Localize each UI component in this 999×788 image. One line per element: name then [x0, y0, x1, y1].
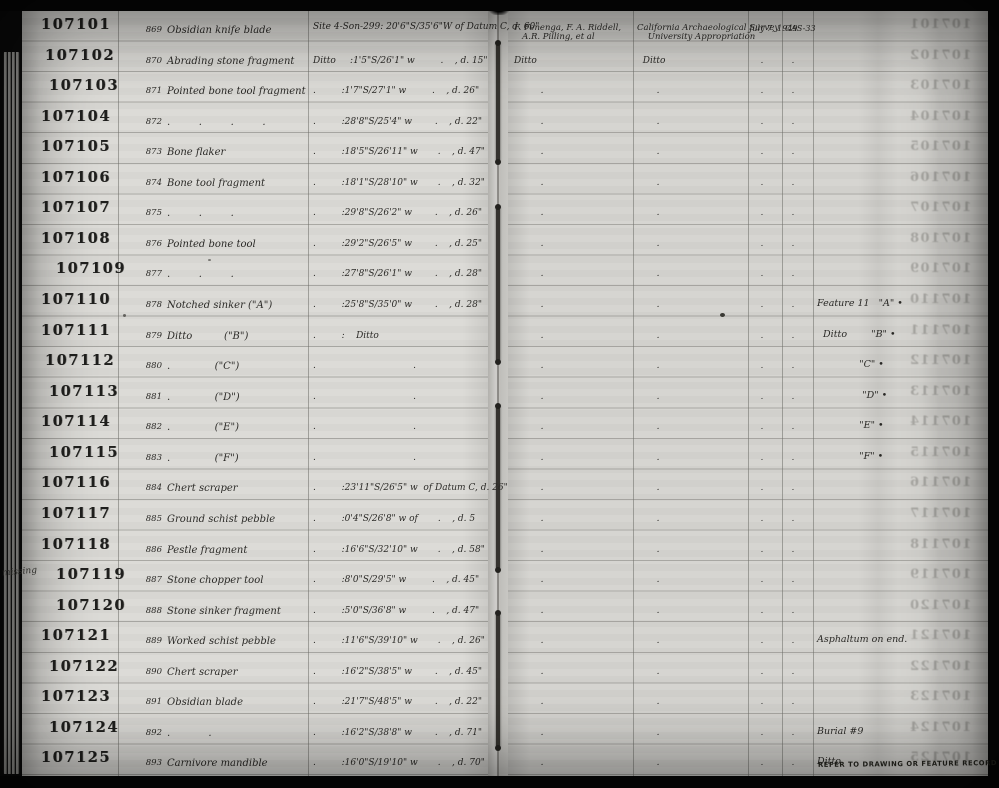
locality-entry: . :29'8"S/26'2" w . , d. 26": [313, 209, 482, 219]
ledger-row: 107106 874 Bone tool fragment . :18'1"S/…: [0, 164, 999, 195]
object-description: Notched sinker ("A"): [167, 300, 272, 311]
accession-entry: .: [637, 240, 679, 250]
ledger-row: 107112 880 . ("C") . . . . . . "C" • 107…: [0, 347, 999, 378]
ledger-row: 107108 876 Pointed bone tool . :29'2"S/2…: [0, 225, 999, 256]
survey-number-entry: .: [785, 240, 801, 249]
object-description: Pestle fragment: [167, 545, 247, 556]
ledger-row: 107124 892 . . . :16'2"S/38'8" w . , d. …: [0, 714, 999, 745]
collector-entry: .: [514, 393, 570, 403]
collector-entry: .: [514, 729, 570, 739]
object-description: Chert scraper: [167, 483, 238, 494]
mirrored-catalog-number-ghost: 107117: [896, 506, 984, 521]
date-entry: .: [749, 301, 775, 310]
ledger-row: 107122 890 Chert scraper . :16'2"S/38'5"…: [0, 653, 999, 684]
ledger-row: 107114 882 . ("E") . . . . . . "E" • 107…: [0, 408, 999, 439]
object-description: Chert scraper: [167, 667, 238, 678]
mirrored-catalog-number-ghost: 107104: [896, 109, 984, 124]
mirrored-catalog-number-ghost: 107105: [896, 139, 984, 154]
item-number: 869: [134, 26, 162, 35]
collector-entry: .: [514, 698, 570, 708]
locality-entry: . : Ditto: [313, 332, 379, 342]
item-number: 877: [134, 270, 162, 279]
object-description: . ("D"): [167, 392, 240, 403]
locality-entry: . :21'7"S/48'5" w . , d. 22": [313, 698, 482, 708]
ledger-row: 107104 872 . . . . . :28'8"S/25'4" w . ,…: [0, 103, 999, 134]
locality-entry: . :23'11"S/26'5" w of Datum C, d. 26": [313, 484, 508, 494]
accession-entry: .: [637, 637, 679, 647]
accession-entry: .: [637, 118, 679, 128]
accession-entry: .: [637, 209, 679, 219]
catalog-number-stamp: 107125: [30, 749, 122, 766]
object-description: . .: [167, 728, 212, 739]
date-entry: .: [749, 148, 775, 157]
survey-number-entry: .: [785, 546, 801, 555]
date-entry: .: [749, 240, 775, 249]
date-entry: July 7, 1949: [749, 25, 783, 34]
survey-number-entry: .: [785, 637, 801, 646]
accession-entry: .: [637, 423, 679, 433]
accession-entry: .: [637, 576, 679, 586]
catalog-number-stamp: 107108: [30, 230, 122, 247]
date-entry: .: [749, 576, 775, 585]
collector-entry: .: [514, 637, 570, 647]
mirrored-catalog-number-ghost: 107113: [896, 384, 984, 399]
locality-entry: . :28'8"S/25'4" w . , d. 22": [313, 118, 482, 128]
date-entry: .: [749, 270, 775, 279]
date-entry: .: [749, 209, 775, 218]
remarks-entry: Asphaltum on end.: [817, 635, 907, 645]
date-entry: .: [749, 698, 775, 707]
collector-entry: .: [514, 668, 570, 678]
object-description: . . .: [167, 269, 234, 280]
collector-entry: .: [514, 87, 570, 97]
mirrored-catalog-number-ghost: 107103: [896, 78, 984, 93]
collector-entry: .: [514, 423, 570, 433]
date-entry: .: [749, 759, 775, 768]
remarks-entry: "E" •: [817, 421, 884, 431]
date-entry: .: [749, 332, 775, 341]
ledger-row: 107123 891 Obsidian blade . :21'7"S/48'5…: [0, 683, 999, 714]
catalog-number-stamp: 107105: [30, 138, 122, 155]
catalog-number-stamp: 107111: [30, 322, 122, 339]
mirrored-catalog-number-ghost: 107124: [896, 720, 984, 735]
item-number: 888: [134, 607, 162, 616]
locality-entry: . :18'5"S/26'11" w . , d. 47": [313, 148, 485, 158]
remarks-entry: Ditto "B" •: [817, 330, 896, 340]
object-description: Pointed bone tool fragment: [167, 86, 306, 97]
ink-speck: [208, 259, 211, 261]
catalog-number-stamp: 107103: [38, 77, 130, 94]
accession-entry: .: [637, 484, 679, 494]
date-entry: .: [749, 57, 775, 66]
mirrored-catalog-number-ghost: 107122: [896, 659, 984, 674]
object-description: Ground schist pebble: [167, 514, 275, 525]
ledger-row: 107102 870 Abrading stone fragment Ditto…: [0, 42, 999, 73]
object-description: . ("C"): [167, 361, 239, 372]
survey-number-entry: .: [785, 301, 801, 310]
catalog-number-stamp: 107110: [30, 291, 122, 308]
object-description: Worked schist pebble: [167, 636, 276, 647]
object-description: . ("E"): [167, 422, 239, 433]
ledger-row: 107103 871 Pointed bone tool fragment . …: [0, 72, 999, 103]
remarks-entry: Burial #9: [817, 727, 863, 737]
survey-number-entry: .: [785, 698, 801, 707]
date-entry: .: [749, 484, 775, 493]
ledger-row: 107113 881 . ("D") . . . . . . "D" • 107…: [0, 378, 999, 409]
object-description: Obsidian knife blade: [167, 25, 272, 36]
collector-entry: .: [514, 546, 570, 556]
item-number: 879: [134, 332, 162, 341]
locality-entry: . :27'8"S/26'1" w . , d. 28": [313, 270, 482, 280]
item-number: 873: [134, 148, 162, 157]
remarks-entry: Feature 11 "A" •: [817, 299, 903, 309]
date-entry: .: [749, 729, 775, 738]
item-number: 874: [134, 179, 162, 188]
locality-entry: . :8'0"S/29'5" w . , d. 45": [313, 576, 479, 586]
mirrored-catalog-number-ghost: 107101: [896, 17, 984, 32]
locality-entry: . :16'2"S/38'8" w . , d. 71": [313, 729, 482, 739]
ledger-row: 107115 883 . ("F") . . . . . . "F" • 107…: [0, 439, 999, 470]
date-entry: .: [749, 118, 775, 127]
mirrored-catalog-number-ghost: 107102: [896, 48, 984, 63]
remarks-entry: "F" •: [817, 452, 883, 462]
accession-entry: .: [637, 454, 679, 464]
collector-entry: .: [514, 576, 570, 586]
collector-entry: .: [514, 454, 570, 464]
survey-number-entry: .: [785, 393, 801, 402]
locality-entry: . .: [313, 454, 416, 464]
locality-entry: . :0'4"S/26'8" w of . , d. 5: [313, 515, 475, 525]
locality-entry: . :16'2"S/38'5" w . , d. 45": [313, 668, 482, 678]
survey-number-entry: .: [785, 118, 801, 127]
date-entry: .: [749, 668, 775, 677]
accession-entry: .: [637, 148, 679, 158]
mirrored-catalog-number-ghost: 107110: [896, 292, 984, 307]
survey-number-entry: .: [785, 209, 801, 218]
date-entry: .: [749, 515, 775, 524]
ink-speck: [720, 313, 725, 317]
ledger-row: 107101 869 Obsidian knife blade Site 4-S…: [0, 11, 999, 42]
catalog-number-stamp: 107107: [30, 199, 122, 216]
survey-number-entry: .: [785, 332, 801, 341]
mirrored-catalog-number-ghost: 107107: [896, 200, 984, 215]
locality-entry: . :29'2"S/26'5" w . , d. 25": [313, 240, 482, 250]
item-number: 885: [134, 515, 162, 524]
object-description: . . .: [167, 208, 234, 219]
locality-entry: . :16'6"S/32'10" w . , d. 58": [313, 546, 485, 556]
accession-entry: .: [637, 668, 679, 678]
catalog-number-stamp: 107116: [30, 474, 122, 491]
catalog-number-stamp: 107104: [30, 108, 122, 125]
accession-entry: .: [637, 729, 679, 739]
survey-number-entry: .: [785, 759, 801, 768]
mirrored-catalog-number-ghost: 107114: [896, 414, 984, 429]
locality-entry: . :18'1"S/28'10" w . , d. 32": [313, 179, 485, 189]
object-description: Stone sinker fragment: [167, 606, 281, 617]
locality-entry: . :16'0"S/19'10" w . , d. 70": [313, 759, 485, 769]
item-number: 889: [134, 637, 162, 646]
ledger-row: 107120 888 Stone sinker fragment . :5'0"…: [0, 592, 999, 623]
accession-entry: .: [637, 546, 679, 556]
mirrored-catalog-number-ghost: 107106: [896, 170, 984, 185]
accession-entry: .: [637, 301, 679, 311]
ledger-row: 107118 886 Pestle fragment . :16'6"S/32'…: [0, 531, 999, 562]
locality-entry: . :11'6"S/39'10" w . , d. 26": [313, 637, 485, 647]
survey-number-entry: .: [785, 362, 801, 371]
item-number: 892: [134, 729, 162, 738]
collector-entry: .: [514, 515, 570, 525]
object-description: Abrading stone fragment: [167, 56, 294, 67]
catalog-number-stamp: 107112: [34, 352, 126, 369]
survey-number-entry: .: [785, 57, 801, 66]
object-description: Bone tool fragment: [167, 178, 265, 189]
survey-number-entry: .: [785, 729, 801, 738]
ledger-row: 107107 875 . . . . :29'8"S/26'2" w . , d…: [0, 194, 999, 225]
accession-entry: .: [637, 270, 679, 280]
catalog-number-stamp: 107118: [30, 536, 122, 553]
ledger-row: 107111 879 Ditto ("B") . : Ditto . . . .…: [0, 317, 999, 348]
item-number: 891: [134, 698, 162, 707]
item-number: 880: [134, 362, 162, 371]
ledger-row: 107119 887 Stone chopper tool . :8'0"S/2…: [0, 561, 999, 592]
object-description: . . . .: [167, 117, 266, 128]
survey-number-entry: .: [785, 515, 801, 524]
item-number: 893: [134, 759, 162, 768]
ledger-row: 107117 885 Ground schist pebble . :0'4"S…: [0, 500, 999, 531]
remarks-entry: "D" •: [817, 391, 887, 401]
survey-number-entry: .: [785, 148, 801, 157]
catalog-number-stamp: 107124: [38, 719, 130, 736]
accession-entry: .: [637, 332, 679, 342]
survey-number-entry: .: [785, 270, 801, 279]
survey-number-entry: .: [785, 179, 801, 188]
catalog-number-stamp: 107119: [45, 566, 137, 583]
survey-number-entry: .: [785, 454, 801, 463]
item-number: 887: [134, 576, 162, 585]
collector-entry: F. Fenenga, F. A. Riddell, A.R. Pilling,…: [514, 24, 634, 43]
locality-entry: . :1'7"S/27'1" w . , d. 26": [313, 87, 479, 97]
collector-entry: .: [514, 759, 570, 769]
date-entry: .: [749, 637, 775, 646]
survey-number-entry: .: [785, 576, 801, 585]
mirrored-catalog-number-ghost: 107115: [896, 445, 984, 460]
collector-entry: .: [514, 209, 570, 219]
date-entry: .: [749, 454, 775, 463]
collector-entry: .: [514, 301, 570, 311]
locality-entry: . .: [313, 393, 416, 403]
accession-entry: .: [637, 607, 679, 617]
object-description: Obsidian blade: [167, 697, 243, 708]
date-entry: .: [749, 393, 775, 402]
locality-entry: . .: [313, 362, 416, 372]
item-number: 871: [134, 87, 162, 96]
object-description: Bone flaker: [167, 147, 225, 158]
item-number: 882: [134, 423, 162, 432]
catalog-number-stamp: 107113: [38, 383, 130, 400]
stacked-page-edges: [3, 52, 20, 774]
catalog-number-stamp: 107102: [34, 47, 126, 64]
item-number: 878: [134, 301, 162, 310]
catalog-number-stamp: 107122: [38, 658, 130, 675]
object-description: Carnivore mandible: [167, 758, 268, 769]
locality-entry: . :25'8"S/35'0" w . , d. 28": [313, 301, 482, 311]
accession-entry: .: [637, 87, 679, 97]
page-edge-stack: [0, 0, 22, 788]
collector-entry: .: [514, 270, 570, 280]
photo-border-right: [988, 0, 999, 788]
mirrored-catalog-number-ghost: 107108: [896, 231, 984, 246]
catalog-number-stamp: 107121: [30, 627, 122, 644]
catalog-number-stamp: 107115: [38, 444, 130, 461]
date-entry: .: [749, 423, 775, 432]
survey-number-entry: .: [785, 87, 801, 96]
collector-entry: .: [514, 240, 570, 250]
remarks-entry: "C" •: [817, 360, 884, 370]
catalog-number-stamp: 107101: [30, 16, 122, 33]
item-number: 884: [134, 484, 162, 493]
item-number: 881: [134, 393, 162, 402]
accession-entry: .: [637, 515, 679, 525]
item-number: 875: [134, 209, 162, 218]
mirrored-catalog-number-ghost: 107118: [896, 537, 984, 552]
accession-entry: .: [637, 393, 679, 403]
collector-entry: .: [514, 332, 570, 342]
object-description: Stone chopper tool: [167, 575, 263, 586]
ink-speck: [123, 314, 126, 317]
photo-border-top: [0, 0, 999, 11]
survey-number-entry: .: [785, 607, 801, 616]
object-description: Ditto ("B"): [167, 331, 248, 342]
mirrored-catalog-number-ghost: 107121: [896, 628, 984, 643]
catalog-number-stamp: 107109: [45, 260, 137, 277]
item-number: 872: [134, 118, 162, 127]
collector-entry: Ditto: [514, 57, 634, 67]
mirrored-catalog-number-ghost: 107123: [896, 689, 984, 704]
catalog-number-stamp: 107106: [30, 169, 122, 186]
accession-entry: Ditto: [637, 57, 745, 67]
accession-entry: .: [637, 362, 679, 372]
collector-entry: .: [514, 484, 570, 494]
date-entry: .: [749, 179, 775, 188]
collector-entry: .: [514, 179, 570, 189]
mirrored-catalog-number-ghost: 107116: [896, 475, 984, 490]
ledger-rows: 107101 869 Obsidian knife blade Site 4-S…: [0, 0, 999, 788]
locality-entry: . :5'0"S/36'8" w . , d. 47": [313, 607, 479, 617]
mirrored-catalog-number-ghost: 107120: [896, 598, 984, 613]
item-number: 870: [134, 57, 162, 66]
locality-entry: Site 4-Son-299: 20'6"S/35'6"W of Datum C…: [313, 23, 539, 33]
item-number: 876: [134, 240, 162, 249]
accession-entry: .: [637, 759, 679, 769]
item-number: 883: [134, 454, 162, 463]
ledger-row: 107109 877 . . . . :27'8"S/26'1" w . , d…: [0, 255, 999, 286]
mirrored-catalog-number-ghost: 107119: [896, 567, 984, 582]
ledger-row: 107121 889 Worked schist pebble . :11'6"…: [0, 622, 999, 653]
accession-entry: California Archaeological Survey Univers…: [637, 24, 745, 43]
collector-entry: .: [514, 148, 570, 158]
locality-entry: Ditto :1'5"S/26'1" w . , d. 15": [313, 57, 488, 67]
collector-entry: .: [514, 607, 570, 617]
date-entry: .: [749, 87, 775, 96]
collector-entry: .: [514, 118, 570, 128]
date-entry: .: [749, 362, 775, 371]
survey-number-entry: .: [785, 423, 801, 432]
item-number: 890: [134, 668, 162, 677]
ledger-row: 107116 884 Chert scraper . :23'11"S/26'5…: [0, 469, 999, 500]
survey-number-entry: .: [785, 668, 801, 677]
mirrored-catalog-number-ghost: 107111: [896, 323, 984, 338]
collector-entry: .: [514, 362, 570, 372]
ledger-scan-photo: 107101 869 Obsidian knife blade Site 4-S…: [0, 0, 999, 788]
object-description: Pointed bone tool: [167, 239, 256, 250]
object-description: . ("F"): [167, 453, 239, 464]
ledger-row: 107105 873 Bone flaker . :18'5"S/26'11" …: [0, 133, 999, 164]
mirrored-catalog-number-ghost: 107109: [896, 261, 984, 276]
locality-entry: . .: [313, 423, 416, 433]
catalog-number-stamp: 107117: [30, 505, 122, 522]
date-entry: .: [749, 546, 775, 555]
item-number: 886: [134, 546, 162, 555]
survey-number-entry: .: [785, 484, 801, 493]
accession-entry: .: [637, 179, 679, 189]
accession-entry: .: [637, 698, 679, 708]
catalog-number-stamp: 107123: [30, 688, 122, 705]
ledger-row: 107110 878 Notched sinker ("A") . :25'8"…: [0, 286, 999, 317]
survey-number-entry: CAS-33: [785, 25, 811, 34]
catalog-number-stamp: 107120: [45, 597, 137, 614]
date-entry: .: [749, 607, 775, 616]
mirrored-catalog-number-ghost: 107112: [896, 353, 984, 368]
photo-border-bottom: [0, 776, 999, 788]
catalog-number-stamp: 107114: [30, 413, 122, 430]
